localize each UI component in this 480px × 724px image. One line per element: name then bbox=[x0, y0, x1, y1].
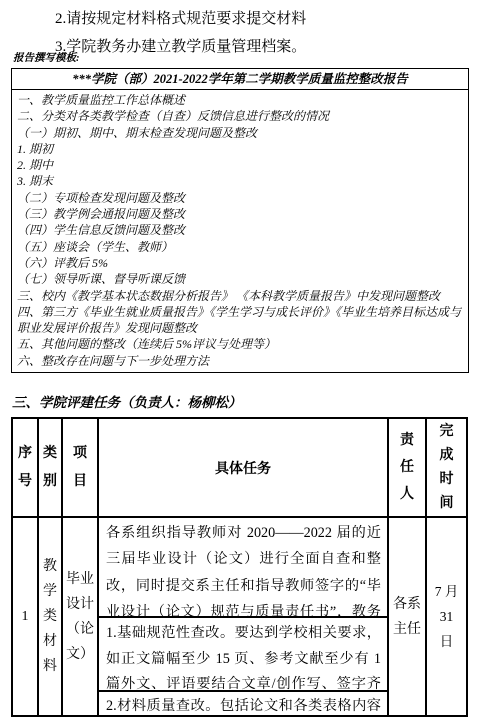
deadline-line: 日 bbox=[435, 629, 459, 654]
header-category: 类别 bbox=[39, 419, 63, 516]
report-row: 3. 期末 bbox=[17, 173, 462, 189]
cell-tasks: 各系组织指导教师对 2020——2022 届的近三届毕业设计（论文）进行全面自查… bbox=[99, 518, 389, 715]
intro-paragraphs: 2.请按规定材料格式规范要求提交材料 3.学院教务办建立教学质量管理档案。 bbox=[55, 5, 306, 61]
report-row: （六）评教后 5% bbox=[17, 255, 462, 271]
task-paragraph: 2.材料质量查改。包括论文和各类表格内容的填 bbox=[99, 692, 387, 715]
task-table-header-row: 序号 类别 项目 具体任务 责任人 完成时间 bbox=[13, 419, 466, 518]
report-row: 三、校内《教学基本状态数据分析报告》 《本科教学质量报告》中发现问题整改 bbox=[17, 288, 462, 304]
cell-project: 毕业设计（论文） bbox=[63, 518, 99, 715]
report-row: （四）学生信息反馈问题及整改 bbox=[17, 222, 462, 238]
cell-category: 教学类材料 bbox=[39, 518, 63, 715]
template-label: 报告撰写模板: bbox=[13, 50, 80, 65]
document-page: 2.请按规定材料格式规范要求提交材料 3.学院教务办建立教学质量管理档案。 报告… bbox=[0, 0, 480, 724]
task-paragraph: 1.基础规范性查改。要达到学校相关要求，如正文篇幅至少 15 页、参考文献至少有… bbox=[99, 618, 387, 692]
cell-deadline: 7 月 31 日 bbox=[427, 518, 466, 715]
report-row: 四、第三方《毕业生就业质量报告》《学生学习与成长评价》《毕业生培养目标达成与职业… bbox=[17, 304, 462, 337]
cell-seq: 1 bbox=[13, 518, 39, 715]
deadline-line: 7 月 bbox=[435, 579, 459, 604]
header-responsible: 责任人 bbox=[389, 419, 427, 516]
intro-line-2: 2.请按规定材料格式规范要求提交材料 bbox=[55, 5, 306, 33]
header-task: 具体任务 bbox=[99, 419, 389, 516]
task-table: 序号 类别 项目 具体任务 责任人 完成时间 1 教学类材料 毕业设计（论文） … bbox=[11, 417, 468, 717]
report-row: 六、整改存在问题与下一步处理方法 bbox=[17, 353, 462, 369]
report-table-body: 一、教学质量监控工作总体概述 二、分类对各类教学检查（自查）反馈信息进行整改的情… bbox=[12, 90, 468, 372]
header-seq: 序号 bbox=[13, 419, 39, 516]
deadline-line: 31 bbox=[435, 604, 459, 629]
intro-line-3: 3.学院教务办建立教学质量管理档案。 bbox=[55, 33, 306, 61]
report-row: （三）教学例会通报问题及整改 bbox=[17, 206, 462, 222]
report-row: 一、教学质量监控工作总体概述 bbox=[17, 92, 462, 108]
report-template-table: ***学院（部）2021-2022学年第二学期教学质量监控整改报告 一、教学质量… bbox=[11, 68, 469, 373]
report-row: 五、其他问题的整改（连续后 5%评议与处理等） bbox=[17, 336, 462, 352]
section-heading: 三、学院评建任务（负责人：杨柳松） bbox=[12, 391, 242, 411]
report-row: （五）座谈会（学生、教师） bbox=[17, 239, 462, 255]
report-row: 2. 期中 bbox=[17, 157, 462, 173]
report-row: （二）专项检查发现问题及整改 bbox=[17, 190, 462, 206]
report-row: （一）期初、期中、期末检查发现问题及整改 bbox=[17, 125, 462, 141]
report-table-title: ***学院（部）2021-2022学年第二学期教学质量监控整改报告 bbox=[12, 69, 468, 90]
task-table-row: 1 教学类材料 毕业设计（论文） 各系组织指导教师对 2020——2022 届的… bbox=[13, 518, 466, 715]
report-row: 1. 期初 bbox=[17, 141, 462, 157]
report-row: （七）领导听课、督导听课反馈 bbox=[17, 271, 462, 287]
header-deadline: 完成时间 bbox=[427, 419, 466, 516]
task-paragraph: 各系组织指导教师对 2020——2022 届的近三届毕业设计（论文）进行全面自查… bbox=[99, 518, 387, 618]
report-row: 二、分类对各类教学检查（自查）反馈信息进行整改的情况 bbox=[17, 108, 462, 124]
cell-responsible: 各系主任 bbox=[389, 518, 427, 715]
header-project: 项目 bbox=[63, 419, 99, 516]
